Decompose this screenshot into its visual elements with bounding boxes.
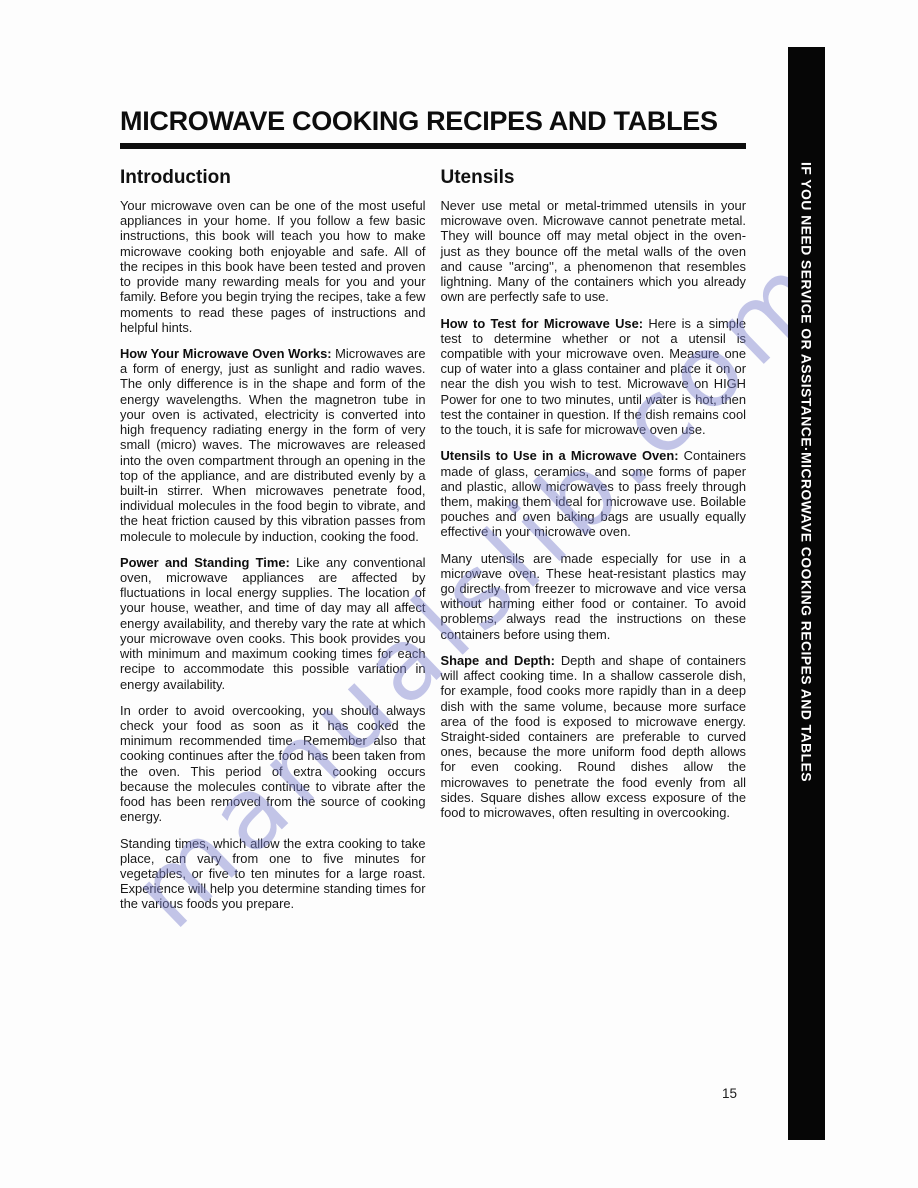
paragraph-text: Like any conventional oven, microwave ap… bbox=[120, 555, 426, 692]
paragraph: Power and Standing Time: Like any conven… bbox=[120, 555, 426, 692]
paragraph-lead: Power and Standing Time: bbox=[120, 555, 296, 570]
paragraph-text: Many utensils are made especially for us… bbox=[441, 551, 747, 642]
two-column-layout: Introduction Your microwave oven can be … bbox=[120, 151, 746, 923]
side-tab: IF YOU NEED SERVICE OR ASSISTANCE·MICROW… bbox=[788, 47, 825, 1140]
paragraph: Shape and Depth: Depth and shape of cont… bbox=[441, 653, 747, 820]
paragraph-lead: Shape and Depth: bbox=[441, 653, 561, 668]
paragraph-lead: Utensils to Use in a Microwave Oven: bbox=[441, 448, 684, 463]
paragraph-lead: How Your Microwave Oven Works: bbox=[120, 346, 335, 361]
paragraph-text: Here is a simple test to determine wheth… bbox=[441, 316, 747, 438]
page-number: 15 bbox=[722, 1086, 737, 1101]
paragraph-text: Standing times, which allow the extra co… bbox=[120, 836, 426, 912]
page-content: MICROWAVE COOKING RECIPES AND TABLES Int… bbox=[120, 106, 746, 923]
paragraph-text: Depth and shape of containers will affec… bbox=[441, 653, 747, 820]
section-heading-utensils: Utensils bbox=[441, 167, 747, 189]
paragraph-text: Never use metal or metal-trimmed utensil… bbox=[441, 198, 747, 304]
paragraph: Never use metal or metal-trimmed utensil… bbox=[441, 198, 747, 305]
column-introduction: Introduction Your microwave oven can be … bbox=[120, 151, 426, 923]
paragraph-text: Your microwave oven can be one of the mo… bbox=[120, 198, 426, 335]
section-heading-introduction: Introduction bbox=[120, 167, 426, 189]
paragraph: Utensils to Use in a Microwave Oven: Con… bbox=[441, 448, 747, 539]
paragraph: How to Test for Microwave Use: Here is a… bbox=[441, 316, 747, 438]
paragraph: How Your Microwave Oven Works: Microwave… bbox=[120, 346, 426, 544]
page-title: MICROWAVE COOKING RECIPES AND TABLES bbox=[120, 106, 746, 149]
paragraph: Many utensils are made especially for us… bbox=[441, 551, 747, 642]
paragraph: Your microwave oven can be one of the mo… bbox=[120, 198, 426, 335]
paragraph: Standing times, which allow the extra co… bbox=[120, 836, 426, 912]
paragraph-text: In order to avoid overcooking, you shoul… bbox=[120, 703, 426, 825]
paragraph-lead: How to Test for Microwave Use: bbox=[441, 316, 649, 331]
paragraph: In order to avoid overcooking, you shoul… bbox=[120, 703, 426, 825]
paragraph-text: Microwaves are a form of energy, just as… bbox=[120, 346, 426, 544]
column-utensils: Utensils Never use metal or metal-trimme… bbox=[441, 151, 747, 923]
side-tab-label: IF YOU NEED SERVICE OR ASSISTANCE·MICROW… bbox=[799, 162, 815, 782]
manual-page: MICROWAVE COOKING RECIPES AND TABLES Int… bbox=[0, 0, 918, 1188]
